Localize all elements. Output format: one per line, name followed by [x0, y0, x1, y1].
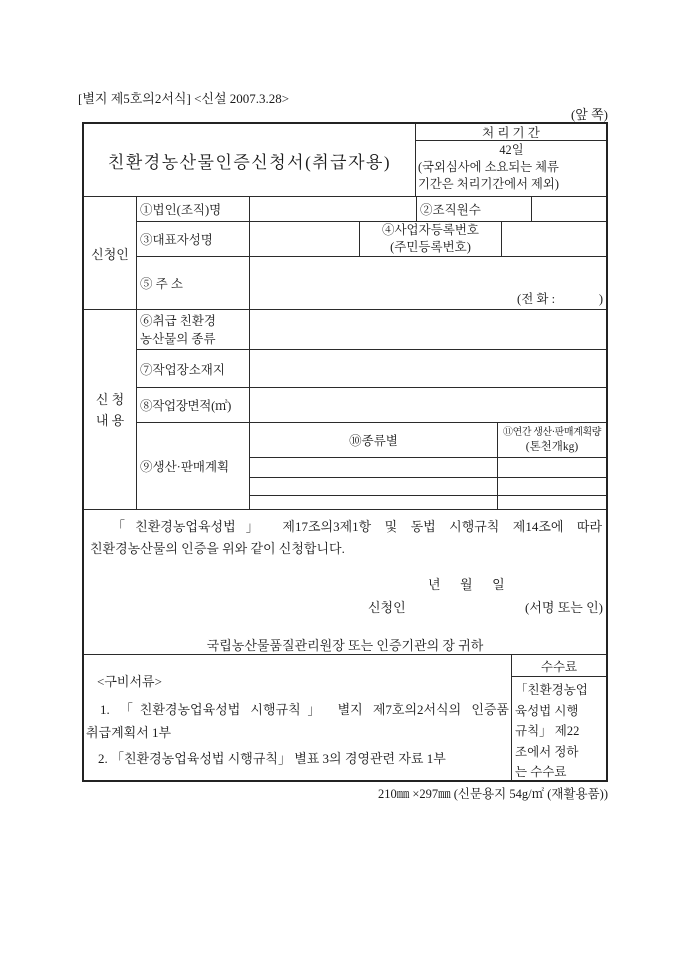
corp-name-value[interactable] — [250, 197, 417, 222]
member-count-label: ②조직원수 — [417, 197, 532, 222]
business-no-label-line2: (주민등록번호) — [382, 239, 479, 256]
processing-period-cell: 42일 (국외심사에 소요되는 체류 기간은 처리기간에서 제외) — [416, 141, 606, 197]
plan-col1-header: ⑩종류별 — [250, 423, 498, 458]
plan-col2-header-line2: (톤천개kg) — [503, 440, 601, 455]
processing-note-line2: 기간은 처리기간에서 제외) — [418, 176, 605, 193]
declaration-line1: 「친환경농업육성법」 제17조의3제1항 및 동법 시행규칙 제14조에 따라 — [84, 510, 606, 535]
attachment-item2: 2. 「친환경농업육성법 시행규칙」 별표 3의 경영관련 자료 1부 — [98, 748, 511, 767]
area-value[interactable] — [250, 388, 606, 423]
fee-text: 「친환경농업 육성법 시행 규칙」 제22 조에서 정하 는 수수료 — [512, 677, 606, 780]
business-no-label-line1: ④사업자등록번호 — [382, 222, 479, 239]
form-reference-note: [별지 제5호의2서식] <신설 2007.3.28> — [78, 88, 289, 107]
plan-row2-amount[interactable] — [498, 478, 606, 496]
attachment-item1-line2: 취급계획서 1부 — [86, 722, 511, 741]
processing-period-header: 처 리 기 간 — [416, 124, 606, 141]
processing-days: 42일 — [418, 142, 605, 159]
attachments-title: <구비서류> — [97, 671, 511, 690]
declaration-recipient: 국립농산물품질관리원장 또는 인증기관의 장 귀하 — [84, 635, 606, 654]
form-title: 친환경농산물인증신청서(취급자용) — [84, 124, 416, 197]
application-group-label: 신 청 내 용 — [84, 310, 137, 510]
plan-row3-type[interactable] — [250, 496, 498, 510]
declaration-line2: 친환경농산물의 인증을 위와 같이 신청합니다. — [84, 535, 606, 557]
product-type-value[interactable] — [250, 310, 606, 350]
plan-label: ⑨생산·판매계획 — [137, 423, 250, 510]
corp-name-label: ①법인(조직)명 — [137, 197, 250, 222]
phone-label: (전 화 : ) — [517, 289, 603, 307]
declaration-sign-note: (서명 또는 인) — [525, 597, 603, 616]
business-no-value[interactable] — [502, 222, 606, 257]
front-side-label: (앞 쪽) — [571, 104, 608, 123]
declaration-block: 「친환경농업육성법」 제17조의3제1항 및 동법 시행규칙 제14조에 따라 … — [84, 510, 606, 655]
address-value[interactable]: (전 화 : ) — [250, 257, 606, 310]
representative-value[interactable] — [250, 222, 360, 257]
plan-col2-header-line1: ⑪연간 생산·판매계획량 — [503, 425, 601, 440]
form-table: 친환경농산물인증신청서(취급자용) 처 리 기 간 42일 (국외심사에 소요되… — [82, 122, 608, 782]
processing-note-line1: (국외심사에 소요되는 체류 — [418, 159, 605, 176]
member-count-value[interactable] — [532, 197, 606, 222]
plan-row1-type[interactable] — [250, 458, 498, 478]
plan-row2-type[interactable] — [250, 478, 498, 496]
declaration-date: 년 월 일 — [428, 574, 505, 593]
plan-row1-amount[interactable] — [498, 458, 606, 478]
attachments-cell: <구비서류> 1. 「친환경농업육성법 시행규칙」 별지 제7호의2서식의 인증… — [84, 655, 512, 780]
workplace-value[interactable] — [250, 350, 606, 388]
plan-col2-header: ⑪연간 생산·판매계획량 (톤천개kg) — [498, 423, 606, 458]
plan-row3-amount[interactable] — [498, 496, 606, 510]
area-label: ⑧작업장면적(㎡) — [137, 388, 250, 423]
declaration-signer: 신청인 — [368, 597, 406, 616]
applicant-group-label: 신청인 — [84, 197, 137, 310]
representative-label: ③대표자성명 — [137, 222, 250, 257]
paper-spec-note: 210㎜ ×297㎜ (신문용지 54g/㎡ (재활용품)) — [378, 784, 608, 802]
product-type-label: ⑥취급 친환경 농산물의 종류 — [137, 310, 250, 350]
address-label: ⑤ 주 소 — [137, 257, 250, 310]
workplace-label: ⑦작업장소재지 — [137, 350, 250, 388]
business-no-label: ④사업자등록번호 (주민등록번호) — [360, 222, 502, 257]
fee-header: 수수료 — [512, 655, 606, 677]
attachment-item1-line1: 1. 「친환경농업육성법 시행규칙」 별지 제7호의2서식의 인증품 — [84, 699, 509, 718]
